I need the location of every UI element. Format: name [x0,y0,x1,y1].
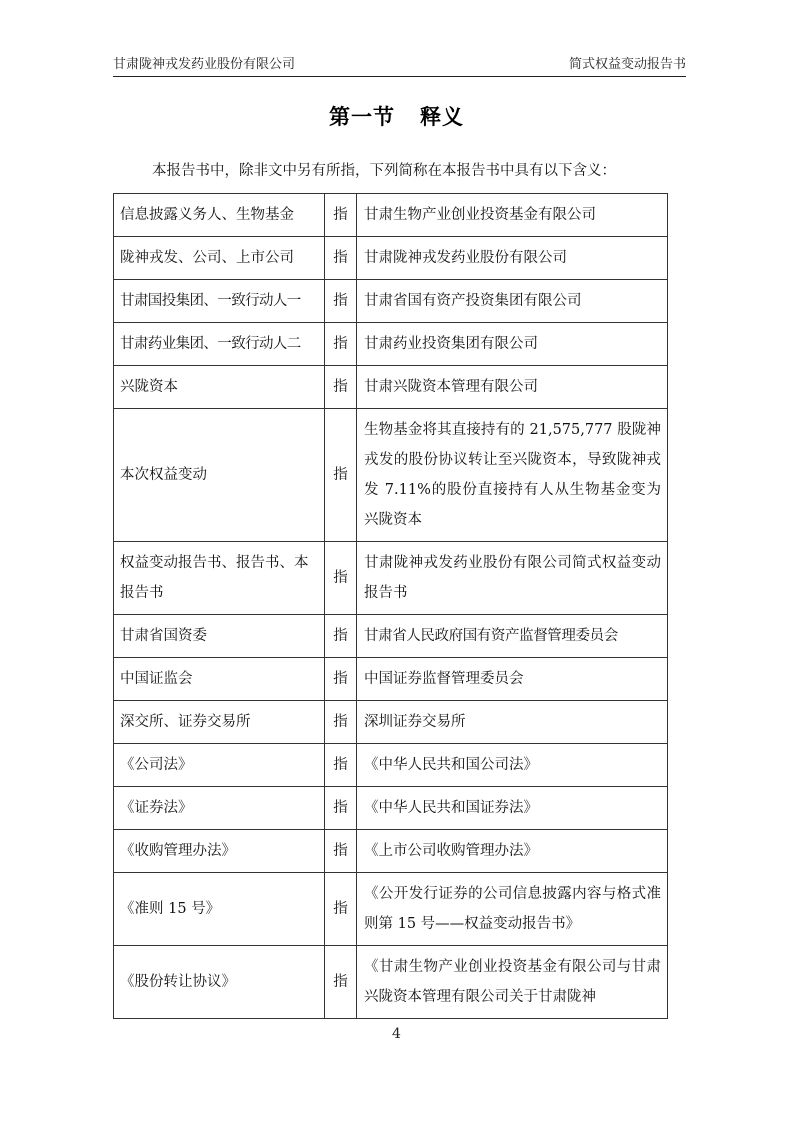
section-title: 第一节 释义 [0,102,793,132]
term-cell: 《准则 15 号》 [114,873,325,946]
table-row: 甘肃国投集团、一致行动人一 指 甘肃省国有资产投资集团有限公司 [114,280,668,323]
refers-to-cell: 指 [325,787,357,830]
meaning-cell: 《中华人民共和国证券法》 [357,787,668,830]
table-row: 甘肃药业集团、一致行动人二 指 甘肃药业投资集团有限公司 [114,323,668,366]
meaning-cell: 深圳证券交易所 [357,701,668,744]
term-cell: 信息披露义务人、生物基金 [114,194,325,237]
term-cell: 甘肃国投集团、一致行动人一 [114,280,325,323]
table-row: 深交所、证券交易所 指 深圳证券交易所 [114,701,668,744]
term-cell: 《股份转让协议》 [114,946,325,1019]
term-cell: 陇神戎发、公司、上市公司 [114,237,325,280]
term-cell: 甘肃药业集团、一致行动人二 [114,323,325,366]
refers-to-cell: 指 [325,409,357,542]
term-cell: 深交所、证券交易所 [114,701,325,744]
refers-to-cell: 指 [325,366,357,409]
refers-to-cell: 指 [325,830,357,873]
table-row: 《证券法》 指 《中华人民共和国证券法》 [114,787,668,830]
refers-to-cell: 指 [325,658,357,701]
intro-paragraph: 本报告书中，除非文中另有所指，下列简称在本报告书中具有以下含义： [152,160,616,182]
table-row: 兴陇资本 指 甘肃兴陇资本管理有限公司 [114,366,668,409]
meaning-cell: 《公开发行证券的公司信息披露内容与格式准则第 15 号——权益变动报告书》 [357,873,668,946]
term-cell: 甘肃省国资委 [114,615,325,658]
page-header: 甘肃陇神戎发药业股份有限公司 简式权益变动报告书 [113,56,686,77]
header-company-name: 甘肃陇神戎发药业股份有限公司 [113,56,295,74]
meaning-cell: 甘肃陇神戎发药业股份有限公司简式权益变动报告书 [357,542,668,615]
definitions-table: 信息披露义务人、生物基金 指 甘肃生物产业创业投资基金有限公司 陇神戎发、公司、… [113,193,668,1019]
meaning-cell: 生物基金将其直接持有的 21,575,777 股陇神戎发的股份协议转让至兴陇资本… [357,409,668,542]
table-row: 权益变动报告书、报告书、本报告书 指 甘肃陇神戎发药业股份有限公司简式权益变动报… [114,542,668,615]
page-number: 4 [0,1025,793,1043]
term-cell: 权益变动报告书、报告书、本报告书 [114,542,325,615]
meaning-cell: 《中华人民共和国公司法》 [357,744,668,787]
term-cell: 《公司法》 [114,744,325,787]
header-document-type: 简式权益变动报告书 [569,56,686,74]
meaning-cell: 甘肃药业投资集团有限公司 [357,323,668,366]
refers-to-cell: 指 [325,946,357,1019]
meaning-cell: 甘肃省人民政府国有资产监督管理委员会 [357,615,668,658]
refers-to-cell: 指 [325,237,357,280]
term-cell: 中国证监会 [114,658,325,701]
table-row: 《收购管理办法》 指 《上市公司收购管理办法》 [114,830,668,873]
table-row: 《股份转让协议》 指 《甘肃生物产业创业投资基金有限公司与甘肃兴陇资本管理有限公… [114,946,668,1019]
table-row: 甘肃省国资委 指 甘肃省人民政府国有资产监督管理委员会 [114,615,668,658]
refers-to-cell: 指 [325,615,357,658]
meaning-cell: 甘肃省国有资产投资集团有限公司 [357,280,668,323]
meaning-cell: 中国证券监督管理委员会 [357,658,668,701]
meaning-cell: 甘肃陇神戎发药业股份有限公司 [357,237,668,280]
refers-to-cell: 指 [325,701,357,744]
term-cell: 兴陇资本 [114,366,325,409]
refers-to-cell: 指 [325,323,357,366]
refers-to-cell: 指 [325,542,357,615]
table-row: 《准则 15 号》 指 《公开发行证券的公司信息披露内容与格式准则第 15 号—… [114,873,668,946]
refers-to-cell: 指 [325,280,357,323]
table-row: 本次权益变动 指 生物基金将其直接持有的 21,575,777 股陇神戎发的股份… [114,409,668,542]
term-cell: 《证券法》 [114,787,325,830]
meaning-cell: 甘肃兴陇资本管理有限公司 [357,366,668,409]
meaning-cell: 甘肃生物产业创业投资基金有限公司 [357,194,668,237]
table-row: 《公司法》 指 《中华人民共和国公司法》 [114,744,668,787]
term-cell: 本次权益变动 [114,409,325,542]
table-row: 中国证监会 指 中国证券监督管理委员会 [114,658,668,701]
term-cell: 《收购管理办法》 [114,830,325,873]
refers-to-cell: 指 [325,873,357,946]
meaning-cell: 《上市公司收购管理办法》 [357,830,668,873]
table-row: 陇神戎发、公司、上市公司 指 甘肃陇神戎发药业股份有限公司 [114,237,668,280]
refers-to-cell: 指 [325,194,357,237]
table-row: 信息披露义务人、生物基金 指 甘肃生物产业创业投资基金有限公司 [114,194,668,237]
refers-to-cell: 指 [325,744,357,787]
meaning-cell: 《甘肃生物产业创业投资基金有限公司与甘肃兴陇资本管理有限公司关于甘肃陇神 [357,946,668,1019]
